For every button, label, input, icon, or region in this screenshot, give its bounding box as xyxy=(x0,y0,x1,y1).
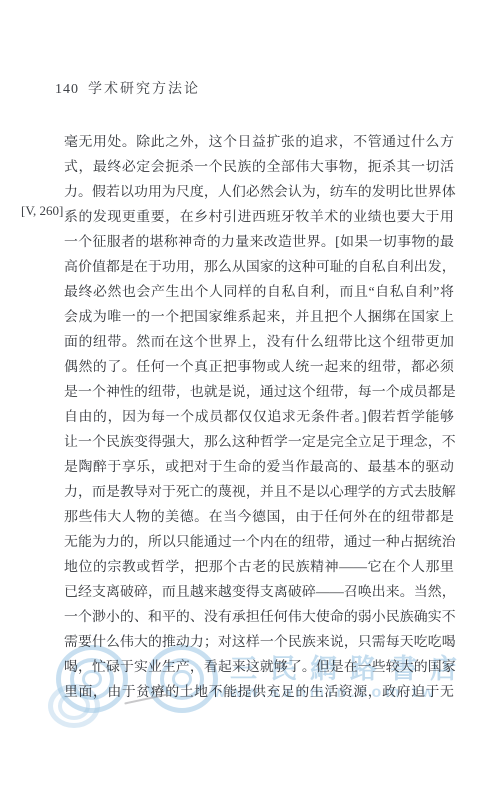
body-text: 毫无用处。除此之外，这个日益扩张的追求，不管通过什么方式，最终必定会扼杀一个民族… xyxy=(64,130,454,705)
text-line: 一个渺小的、和平的、没有承担任何伟大使命的弱小民族确实不 xyxy=(64,605,454,630)
text-line: 式，最终必定会扼杀一个民族的全部伟大事物，扼杀其一切活 xyxy=(64,155,454,180)
book-title: 学术研究方法论 xyxy=(88,82,200,97)
text-line: 是一个神性的纽带，也就是说，通过这个纽带，每一个成员都是 xyxy=(64,380,454,405)
text-line: 面的纽带。然而在这个世界上，没有什么纽带比这个纽带更加 xyxy=(64,330,454,355)
text-line: 地位的宗教或哲学，把那个古老的民族精神——它在个人那里 xyxy=(64,555,454,580)
text-line: 偶然的了。任何一个真正把事物或人统一起来的纽带，都必须 xyxy=(64,355,454,380)
text-line: 喝，忙碌于实业生产，看起来这就够了。但是在一些较大的国家 xyxy=(64,655,454,680)
text-line: 系的发现更重要，在乡村引进西班牙牧羊术的业绩也要大于用 xyxy=(64,205,454,230)
margin-citation-note: [V, 260] xyxy=(21,203,63,219)
text-line: 需要什么伟大的推动力；对这样一个民族来说，只需每天吃吃喝 xyxy=(64,630,454,655)
page-number: 140 xyxy=(55,82,79,97)
text-line: 高价值都是在于功用，那么从国家的这种可耻的自私自利出发， xyxy=(64,255,454,280)
text-line: 已经支离破碎，而且越来越变得支离破碎——召唤出来。当然， xyxy=(64,580,454,605)
text-line: 让一个民族变得强大，那么这种哲学一定是完全立足于理念，不 xyxy=(64,430,454,455)
book-page: 三民網路書店 www.sanmin.com.tw 140学术研究方法论 [V, … xyxy=(0,0,494,800)
text-line: 无能为力的，所以只能通过一个内在的纽带，通过一种占据统治 xyxy=(64,530,454,555)
text-line: 力，而是教导对于死亡的蔑视，并且不是以心理学的方式去肢解 xyxy=(64,480,454,505)
text-line: 最终必然也会产生出个人同样的自私自利，而且“自私自利”将 xyxy=(64,280,454,305)
text-line: 是陶醉于享乐，或把对于生命的爱当作最高的、最基本的驱动 xyxy=(64,455,454,480)
text-line: 会成为唯一的一个把国家维系起来，并且把个人捆绑在国家上 xyxy=(64,305,454,330)
text-line: 自由的，因为每一个成员都仅仅追求无条件者。]假若哲学能够 xyxy=(64,405,454,430)
running-header: 140学术研究方法论 xyxy=(55,78,200,98)
text-line: 力。假若以功用为尺度，人们必然会认为，纺车的发明比世界体 xyxy=(64,180,454,205)
text-line: 那些伟大人物的美德。在当今德国，由于任何外在的纽带都是 xyxy=(64,505,454,530)
text-line: 一个征服者的堪称神奇的力量来改造世界。[如果一切事物的最 xyxy=(64,230,454,255)
text-line: 里面，由于贫瘠的土地不能提供充足的生活资源，政府迫于无 xyxy=(64,680,454,705)
text-line: 毫无用处。除此之外，这个日益扩张的追求，不管通过什么方 xyxy=(64,130,454,155)
